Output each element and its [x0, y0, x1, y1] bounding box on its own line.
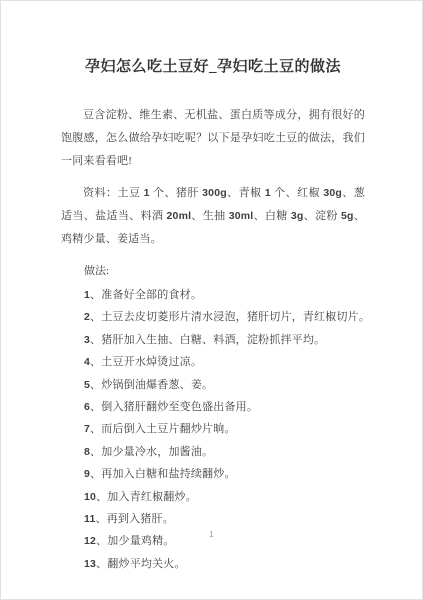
- step-number: 11: [84, 513, 96, 525]
- document-page: 孕妇怎么吃土豆好_孕妇吃土豆的做法 豆含淀粉、维生素、无机盐、蛋白质等成分，拥有…: [0, 0, 423, 600]
- step-separator: 、: [90, 356, 101, 368]
- step-item: 4、土豆开水焯烫过凉。: [84, 356, 365, 368]
- step-separator: 、: [90, 446, 101, 458]
- step-text: 猪肝加入生抽、白糖、料酒，淀粉抓拌平均。: [101, 334, 325, 346]
- step-text: 加入青红椒翻炒。: [107, 491, 197, 503]
- step-separator: 、: [90, 423, 101, 435]
- step-number: 13: [84, 558, 96, 570]
- step-text: 土豆去皮切菱形片清水浸泡，猪肝切片，青红椒切片。: [101, 311, 370, 323]
- document-content: 孕妇怎么吃土豆好_孕妇吃土豆的做法 豆含淀粉、维生素、无机盐、蛋白质等成分，拥有…: [1, 1, 422, 570]
- step-separator: 、: [96, 558, 107, 570]
- step-item: 10、加入青红椒翻炒。: [84, 491, 365, 503]
- step-text: 再到入猪肝。: [107, 513, 174, 525]
- page-number: 1: [1, 530, 422, 539]
- step-item: 9、再加入白糖和盐持续翻炒。: [84, 468, 365, 480]
- step-text: 而后倒入土豆片翻炒片晌。: [101, 423, 235, 435]
- step-separator: 、: [90, 289, 101, 301]
- step-item: 2、土豆去皮切菱形片清水浸泡，猪肝切片，青红椒切片。: [84, 311, 365, 323]
- steps-label: 做法:: [61, 260, 365, 283]
- step-item: 6、倒入猪肝翻炒至变色盛出备用。: [84, 401, 365, 413]
- step-text: 倒入猪肝翻炒至变色盛出备用。: [101, 401, 258, 413]
- step-item: 7、而后倒入土豆片翻炒片晌。: [84, 423, 365, 435]
- step-item: 3、猪肝加入生抽、白糖、料酒，淀粉抓拌平均。: [84, 334, 365, 346]
- ingredients-paragraph: 资料：土豆 1 个、猪肝 300g、青椒 1 个、红椒 30g、葱适当、盐适当、…: [61, 182, 365, 251]
- step-separator: 、: [96, 491, 107, 503]
- step-item: 1、准备好全部的食材。: [84, 289, 365, 301]
- page-title: 孕妇怎么吃土豆好_孕妇吃土豆的做法: [61, 56, 365, 78]
- step-text: 翻炒平均关火。: [107, 558, 185, 570]
- step-text: 再加入白糖和盐持续翻炒。: [101, 468, 235, 480]
- step-separator: 、: [90, 468, 101, 480]
- step-separator: 、: [90, 401, 101, 413]
- steps-list: 1、准备好全部的食材。 2、土豆去皮切菱形片清水浸泡，猪肝切片，青红椒切片。 3…: [61, 289, 365, 570]
- step-separator: 、: [90, 334, 101, 346]
- step-separator: 、: [90, 311, 101, 323]
- step-item: 11、再到入猪肝。: [84, 513, 365, 525]
- intro-paragraph: 豆含淀粉、维生素、无机盐、蛋白质等成分，拥有很好的饱腹感，怎么做给孕妇吃呢？以下…: [61, 104, 365, 173]
- step-number: 10: [84, 491, 96, 503]
- step-text: 炒锅倒油爆香葱、姜。: [101, 379, 213, 391]
- step-separator: 、: [96, 513, 107, 525]
- step-text: 加少量冷水，加酱油。: [101, 446, 213, 458]
- step-text: 土豆开水焯烫过凉。: [101, 356, 202, 368]
- step-item: 13、翻炒平均关火。: [84, 558, 365, 570]
- step-separator: 、: [90, 379, 101, 391]
- step-text: 准备好全部的食材。: [101, 289, 202, 301]
- step-item: 5、炒锅倒油爆香葱、姜。: [84, 379, 365, 391]
- step-item: 8、加少量冷水，加酱油。: [84, 446, 365, 458]
